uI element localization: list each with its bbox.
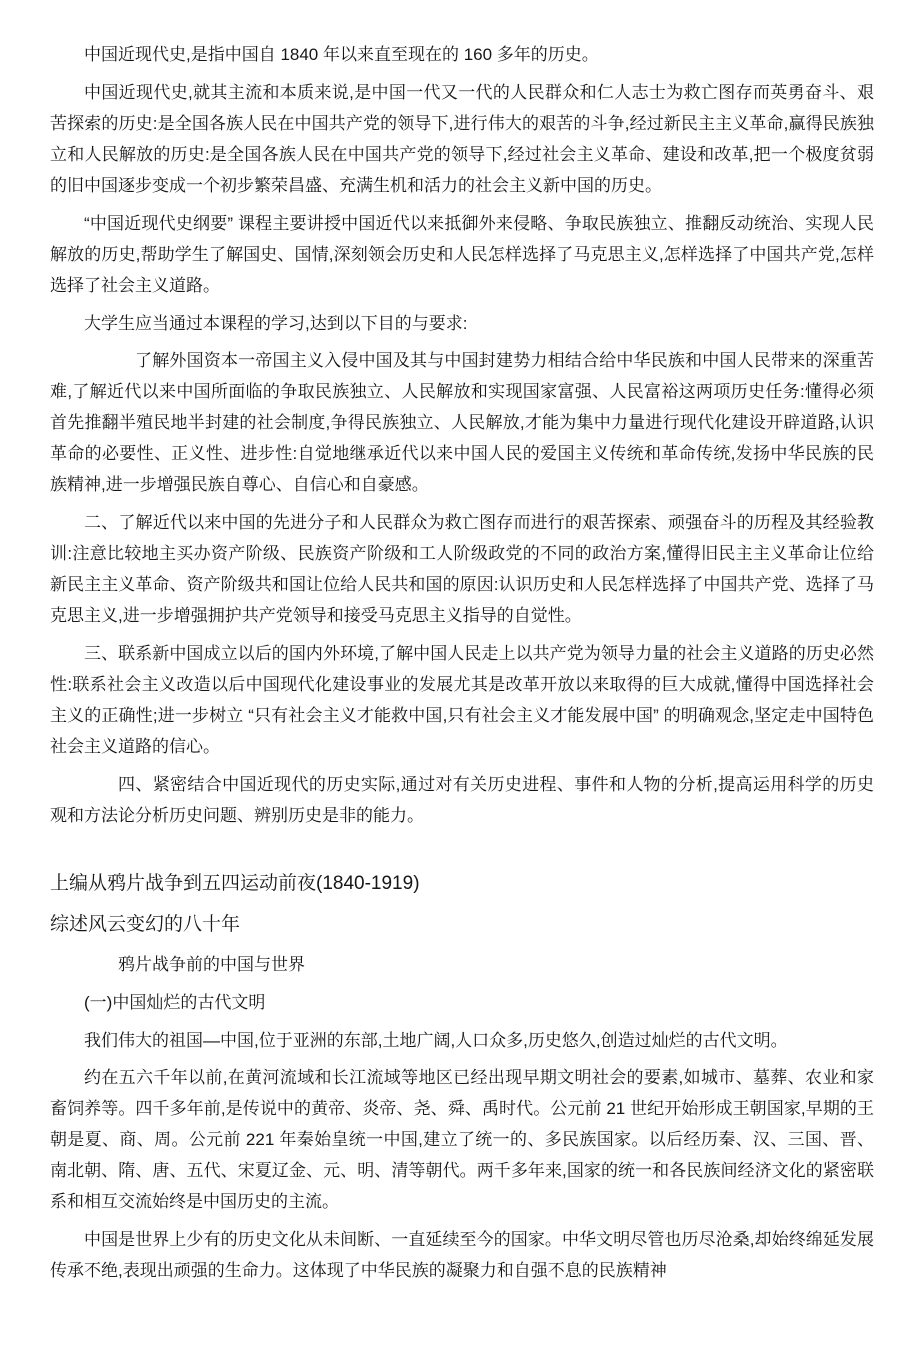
paragraph-goal-four: 四、紧密结合中国近现代的历史实际,通过对有关历史进程、事件和人物的分析,提高运用… <box>50 770 874 832</box>
paragraph-motherland-intro: 我们伟大的祖国—中国,位于亚洲的东部,土地广阔,人口众多,历史悠久,创造过灿烂的… <box>50 1026 874 1057</box>
paragraph-goal-two: 二、了解近代以来中国的先进分子和人民群众为救亡图存而进行的艰苦探索、顽强奋斗的历… <box>50 508 874 632</box>
paragraph-history-definition: 中国近现代史,是指中国自 1840 年以来直至现在的 160 多年的历史。 <box>50 40 874 71</box>
overview-title: 综述风云变幻的八十年 <box>50 908 874 943</box>
paragraph-goal-one: 了解外国资本一帝国主义入侵中国及其与中国封建势力相结合给中华民族和中国人民带来的… <box>50 346 874 501</box>
document-page: 中国近现代史,是指中国自 1840 年以来直至现在的 160 多年的历史。 中国… <box>0 0 920 1354</box>
upper-part-title: 上编从鸦片战争到五四运动前夜(1840-1919) <box>50 867 874 902</box>
subsection-ancient-civilization-title: (一)中国灿烂的古代文明 <box>50 988 874 1019</box>
paragraph-ancient-history: 约在五六千年以前,在黄河流域和长江流域等地区已经出现早期文明社会的要素,如城市、… <box>50 1063 874 1218</box>
paragraph-course-goals-intro: 大学生应当通过本课程的学习,达到以下目的与要求: <box>50 309 874 340</box>
section-prewar-china-world-title: 鸦片战争前的中国与世界 <box>50 950 874 981</box>
paragraph-goal-three: 三、联系新中国成立以后的国内外环境,了解中国人民走上以共产党为领导力量的社会主义… <box>50 639 874 763</box>
paragraph-civilization-continuity: 中国是世界上少有的历史文化从未间断、一直延续至今的国家。中华文明尽管也历尽沧桑,… <box>50 1225 874 1287</box>
paragraph-history-essence: 中国近现代史,就其主流和本质来说,是中国一代又一代的人民群众和仁人志士为救亡图存… <box>50 78 874 202</box>
section-spacer <box>50 839 874 867</box>
paragraph-course-description: “中国近现代史纲要” 课程主要讲授中国近代以来抵御外来侵略、争取民族独立、推翻反… <box>50 209 874 302</box>
